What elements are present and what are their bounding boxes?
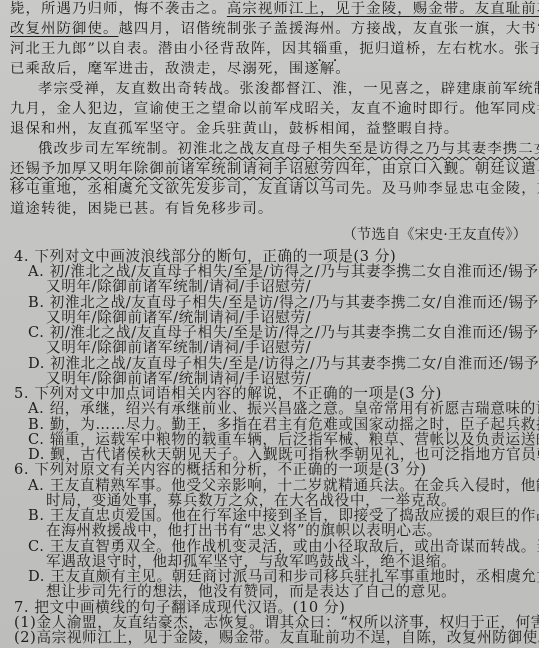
passage-text: 九月，金人犯边，宣谕使王之望命以前军戍昭关，友直不逾时即行。他军同戍者，敌至，辄 xyxy=(10,101,539,117)
passage-line: 孝宗受禅，友直数出奇转战。张浚都督江、淮，一见喜之，辟建康前军统制。隆兴二年 xyxy=(38,80,539,99)
dotted-word: 辎重 xyxy=(313,41,344,57)
passage-line: 九月，金人犯边，宣谕使王之望命以前军戍昭关，友直不逾时即行。他军同戍者，敌至，辄 xyxy=(10,100,539,119)
passage-text: 四年，由京口入觐。朝廷议遣马、步二司 xyxy=(335,161,539,177)
wavy-underlined-text: 初淮北之战友直母子相失至是访得之乃与其妻李携二女自淮而 xyxy=(177,141,539,157)
passage-line: 毙，所遇乃归师，悔不袭击之。高宗视师江上，见于金陵，赐金带。友直耻前功不逞，自陈… xyxy=(10,0,539,19)
passage-text: 移屯重地，丞相虞允文欲先发步司，友直请以马司先。及马帅李显忠屯金陵，友直奏马军 xyxy=(10,181,539,197)
passage-text: 道途转徙，困毙已甚。有旨免移步司。 xyxy=(10,201,273,217)
exam-page: 毙，所遇乃归师，悔不袭击之。高宗视师江上，见于金陵，赐金带。友直耻前功不逞，自陈… xyxy=(0,0,539,648)
wavy-underlined-text: 还锡予加厚又明年除御前诸军统制请祠手诏慰劳 xyxy=(10,161,335,177)
passage-text: 越四月，诏偕统制张子盖援海州。方接战，友直张一旗，大书“宋忠义将 xyxy=(118,21,539,37)
passage-text: 孝宗受禅，友直数出奇转战。张浚都督江、淮，一见喜之，辟建康前军统制。隆兴二年 xyxy=(38,81,539,97)
passage-text: 已乘敌后，麾军进击，敌溃走，尽溺死，围遂解。 xyxy=(10,61,351,77)
passage-line: 还锡予加厚又明年除御前诸军统制请祠手诏慰劳四年，由京口入觐。朝廷议遣马、步二司 xyxy=(10,160,539,179)
passage-text: 退保和州，友直孤军坚守。金兵驻黄山，鼓柝相闻，益整暇自持。 xyxy=(10,121,459,137)
source-citation: （节选自《宋史·王友直传》） xyxy=(343,226,527,245)
underlined-sentence: 改复州防御使。 xyxy=(10,21,118,37)
passage-text: ，扼归道桥，左右枕水。张子盖知友直 xyxy=(344,41,539,57)
passage-line: 移屯重地，丞相虞允文欲先发步司，友直请以马司先。及马帅李显忠屯金陵，友直奏马军 xyxy=(10,180,539,199)
passage-text: 毙，所遇乃归师，悔不袭击之。 xyxy=(10,1,227,17)
passage-line: 改复州防御使。越四月，诏偕统制张子盖援海州。方接战，友直张一旗，大书“宋忠义将 xyxy=(10,20,539,39)
passage-text: 俄改步司左军统制。 xyxy=(38,141,177,157)
underlined-sentence: 高宗视师江上，见于金陵，赐金带。友直耻前功不逞，自陈， xyxy=(227,1,539,17)
passage-line: 已乘敌后，麾军进击，敌溃走，尽溺死，围遂解。 xyxy=(10,60,351,79)
question-7-item-2: (2)高宗视师江上，见于金陵，赐金带。友直耻前功不逞，自陈，改复州防御使。 xyxy=(14,628,539,647)
passage-line: 退保和州，友直孤军坚守。金兵驻黄山，鼓柝相闻，益整暇自持。 xyxy=(10,120,459,139)
passage-line: 俄改步司左军统制。初淮北之战友直母子相失至是访得之乃与其妻李携二女自淮而 xyxy=(38,140,539,159)
passage-line: 道途转徙，困毙已甚。有旨免移步司。 xyxy=(10,200,273,219)
passage-text: 河北王九郎”以自表。潜由小径背敌阵，因其 xyxy=(10,41,313,57)
